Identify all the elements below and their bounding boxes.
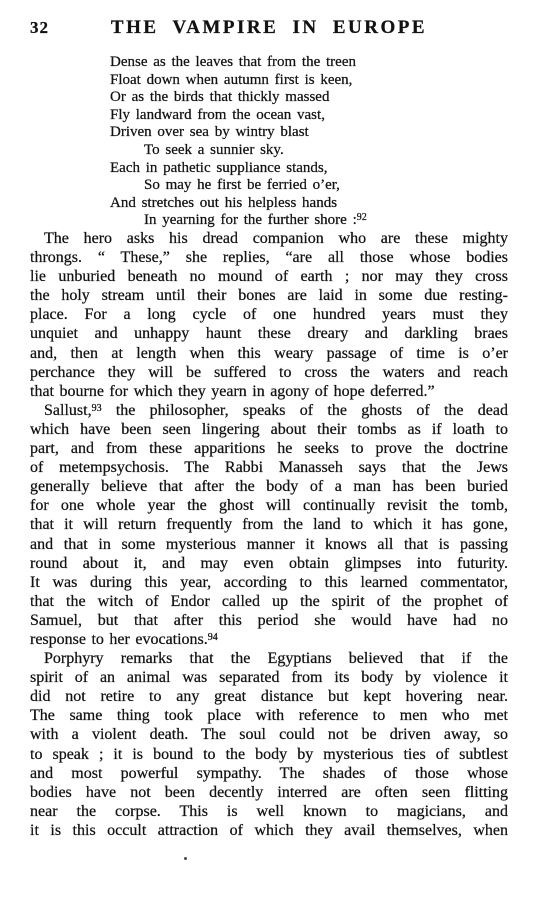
paragraph: The hero asks his dread companion who ar… bbox=[30, 229, 508, 401]
text-line: Samuel, but that after this period she w… bbox=[30, 611, 508, 630]
text-line: and, then at length when this weary pass… bbox=[30, 344, 508, 363]
text-line: near the corpse. This is well known to m… bbox=[30, 802, 508, 821]
text-line: bodies have not been decently interred a… bbox=[30, 783, 508, 802]
text-line: it is this occult attraction of which th… bbox=[30, 821, 508, 840]
poem-line: In yearning for the further shore :92 bbox=[110, 212, 450, 230]
text-line: for one whole year the ghost will contin… bbox=[30, 496, 508, 515]
text-line: throngs. “ These,” she replies, “are all… bbox=[30, 248, 508, 267]
text-line: perchance they will be suffered to cross… bbox=[30, 363, 508, 382]
text-line: The same thing took place with reference… bbox=[30, 706, 508, 725]
text-line: place. For a long cycle of one hundred y… bbox=[30, 305, 508, 324]
text-line: response to her evocations.94 bbox=[30, 630, 508, 649]
paragraph: Sallust,93 the philosopher, speaks of th… bbox=[30, 401, 508, 649]
text-line: and that in some mysterious manner it kn… bbox=[30, 535, 508, 554]
text-line: The hero asks his dread companion who ar… bbox=[30, 229, 508, 248]
footnote-reference: 94 bbox=[208, 632, 218, 643]
footnote-reference: 93 bbox=[92, 403, 102, 414]
text-line: It was during this year, according to th… bbox=[30, 573, 508, 592]
text-line: generally believe that after the body of… bbox=[30, 477, 508, 496]
text-line: which have been seen lingering about the… bbox=[30, 420, 508, 439]
text-line: the holy stream until their bones are la… bbox=[30, 286, 508, 305]
poem-line: Dense as the leaves that from the treen bbox=[110, 54, 450, 72]
text-line: and most powerful sympathy. The shades o… bbox=[30, 764, 508, 783]
text-line: round about it, and may even obtain glim… bbox=[30, 554, 508, 573]
text-line: to speak ; it is bound to the body by my… bbox=[30, 745, 508, 764]
text-line: part, and from these apparitions he seek… bbox=[30, 439, 508, 458]
text-line: spirit of an animal was separated from i… bbox=[30, 668, 508, 687]
text-line: that it will return frequently from the … bbox=[30, 515, 508, 534]
poem-line: Each in pathetic suppliance stands, bbox=[110, 160, 450, 178]
poem-line: And stretches out his helpless hands bbox=[110, 195, 450, 213]
poem-line: Fly landward from the ocean vast, bbox=[110, 107, 450, 125]
poem-line: Float down when autumn first is keen, bbox=[110, 72, 450, 90]
text-line: Sallust,93 the philosopher, speaks of th… bbox=[30, 401, 508, 420]
text-line: unquiet and unhappy haunt these dreary a… bbox=[30, 324, 508, 343]
body-text: The hero asks his dread companion who ar… bbox=[30, 229, 508, 840]
poem: Dense as the leaves that from the treenF… bbox=[110, 54, 450, 230]
poem-line: To seek a sunnier sky. bbox=[110, 142, 450, 160]
paragraph: Porphyry remarks that the Egyptians beli… bbox=[30, 649, 508, 840]
running-head: 32 THE VAMPIRE IN EUROPE bbox=[30, 17, 508, 41]
running-title: THE VAMPIRE IN EUROPE bbox=[30, 17, 508, 39]
text-line: Porphyry remarks that the Egyptians beli… bbox=[30, 649, 508, 668]
book-page: 32 THE VAMPIRE IN EUROPE Dense as the le… bbox=[0, 0, 546, 907]
text-line: lie unburied beneath no mound of earth ;… bbox=[30, 267, 508, 286]
text-line: of metempsychosis. The Rabbi Manasseh sa… bbox=[30, 458, 508, 477]
text-line: that bourne for which they yearn in agon… bbox=[30, 382, 508, 401]
poem-line: Driven over sea by wintry blast bbox=[110, 124, 450, 142]
text-line: that the witch of Endor called up the sp… bbox=[30, 592, 508, 611]
text-line: with a violent death. The soul could not… bbox=[30, 725, 508, 744]
poem-line: Or as the birds that thickly massed bbox=[110, 89, 450, 107]
poem-line: So may he first be ferried o’er, bbox=[110, 177, 450, 195]
footnote-reference: 92 bbox=[357, 212, 367, 223]
page-number: 32 bbox=[30, 18, 49, 38]
text-line: did not retire to any great distance but… bbox=[30, 687, 508, 706]
scan-artifact bbox=[184, 857, 187, 860]
